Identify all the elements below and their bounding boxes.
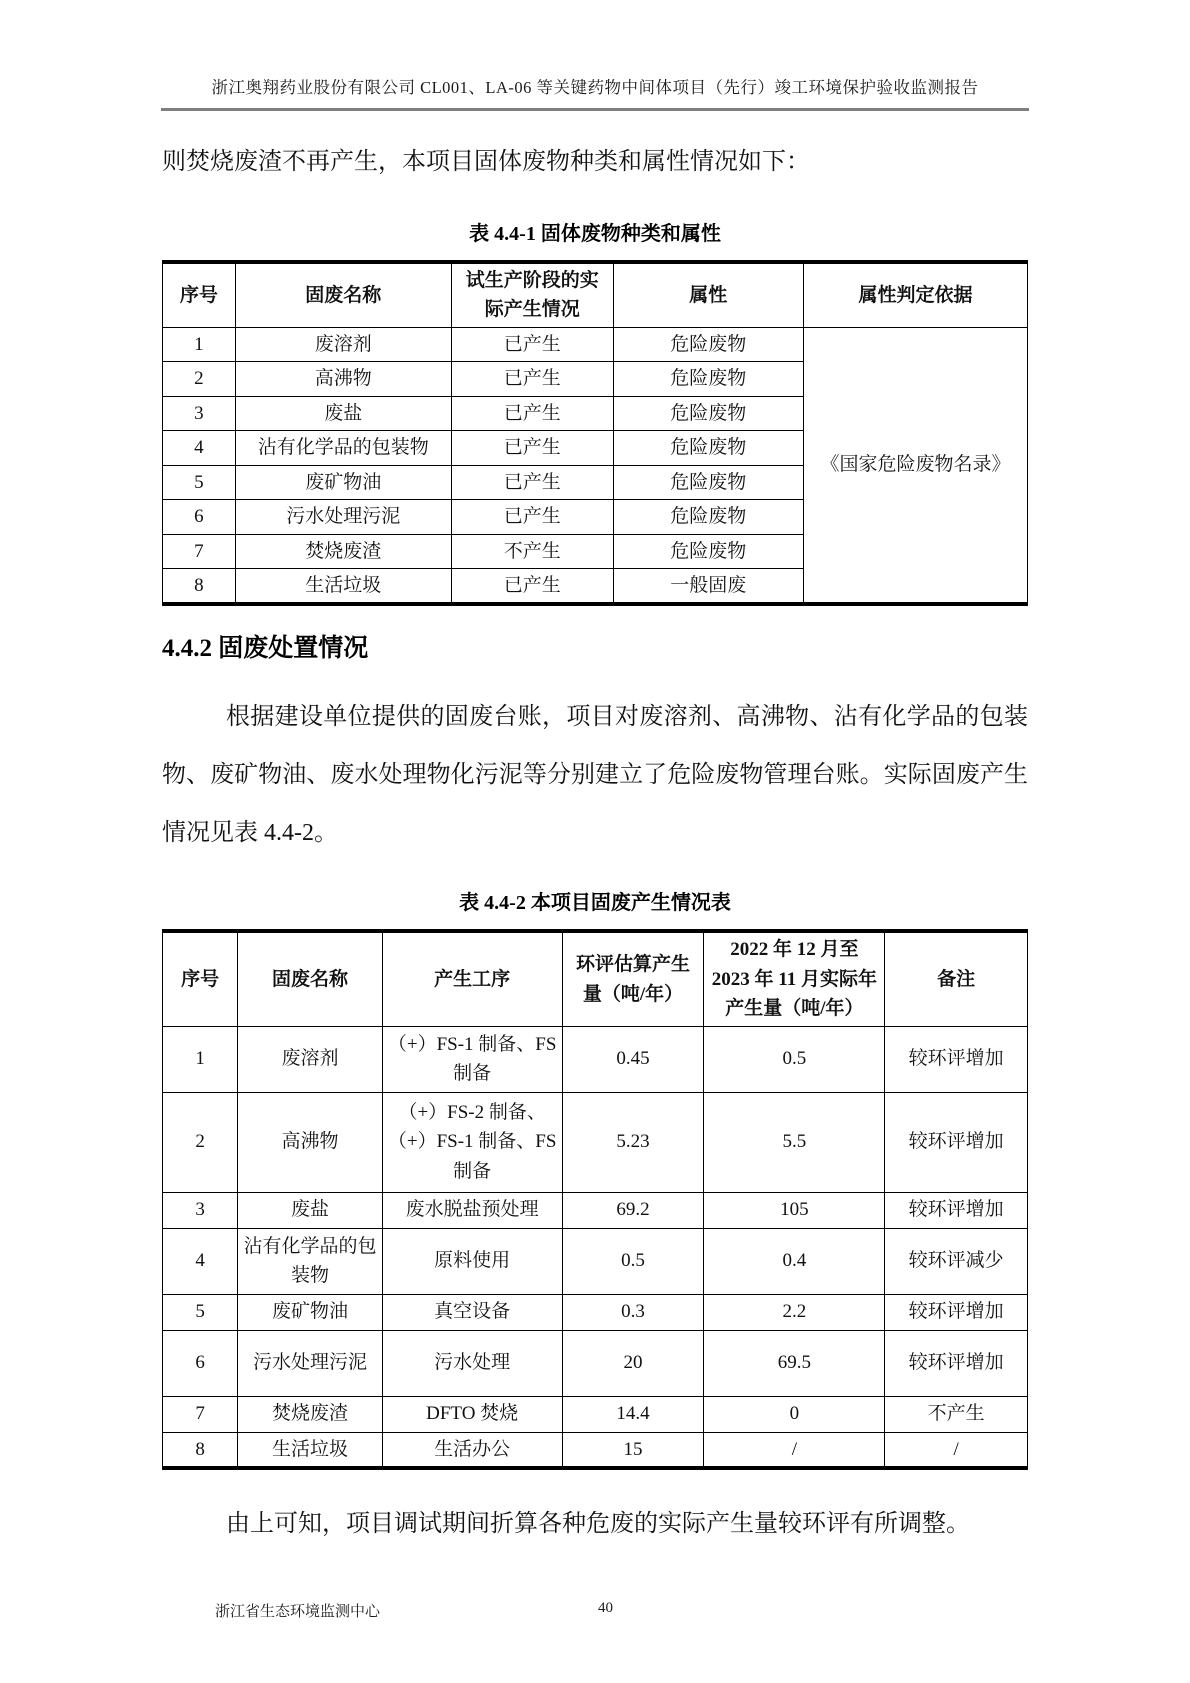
intro-paragraph: 则焚烧废渣不再产生，本项目固体废物种类和属性情况如下： xyxy=(162,145,1028,179)
table-cell: 废矿物油 xyxy=(235,465,451,499)
table-row: 2 高沸物 （+）FS-2 制备、（+）FS-1 制备、FS 制备 5.23 5… xyxy=(163,1092,1028,1192)
table-cell: 7 xyxy=(163,1396,238,1432)
table-cell: 废溶剂 xyxy=(235,327,451,361)
table-row: 4 沾有化学品的包装物 原料使用 0.5 0.4 较环评减少 xyxy=(163,1228,1028,1294)
table-cell: 0.4 xyxy=(704,1228,885,1294)
col-header: 产生工序 xyxy=(382,931,562,1026)
table-cell: 69.2 xyxy=(562,1192,704,1228)
table-cell: 已产生 xyxy=(451,465,613,499)
table-4-4-1: 序号 固废名称 试生产阶段的实际产生情况 属性 属性判定依据 1 废溶剂 已产生… xyxy=(162,260,1028,606)
table-cell: 真空设备 xyxy=(382,1294,562,1330)
table-row: 3 废盐 废水脱盐预处理 69.2 105 较环评增加 xyxy=(163,1192,1028,1228)
col-header: 序号 xyxy=(163,262,236,327)
table-cell: 20 xyxy=(562,1330,704,1396)
table-row: 6 污水处理污泥 污水处理 20 69.5 较环评增加 xyxy=(163,1330,1028,1396)
table-cell: 已产生 xyxy=(451,500,613,534)
table-cell: 已产生 xyxy=(451,568,613,604)
table-cell: / xyxy=(704,1432,885,1468)
table-cell: 废水脱盐预处理 xyxy=(382,1192,562,1228)
section-paragraph: 根据建设单位提供的固废台账，项目对废溶剂、高沸物、沾有化学品的包装物、废矿物油、… xyxy=(162,688,1028,862)
table-cell: 危险废物 xyxy=(613,534,803,568)
table-cell: 0.5 xyxy=(562,1228,704,1294)
table-cell: 较环评增加 xyxy=(885,1330,1028,1396)
table-cell: 69.5 xyxy=(704,1330,885,1396)
table-cell: 较环评增加 xyxy=(885,1192,1028,1228)
table-cell: 危险废物 xyxy=(613,431,803,465)
table-cell: 2.2 xyxy=(704,1294,885,1330)
col-header: 备注 xyxy=(885,931,1028,1026)
table-cell: 危险废物 xyxy=(613,500,803,534)
table-cell: 较环评减少 xyxy=(885,1228,1028,1294)
table-cell: 6 xyxy=(163,1330,238,1396)
col-header: 固废名称 xyxy=(235,262,451,327)
table-cell: 8 xyxy=(163,1432,238,1468)
table-cell: 4 xyxy=(163,1228,238,1294)
table-cell: 2 xyxy=(163,362,236,396)
table-4-4-2-title: 表 4.4-2 本项目固废产生情况表 xyxy=(162,886,1028,915)
table-4-4-1-title: 表 4.4-1 固体废物种类和属性 xyxy=(162,217,1028,246)
table-cell: 3 xyxy=(163,1192,238,1228)
col-header: 试生产阶段的实际产生情况 xyxy=(451,262,613,327)
table-cell: 焚烧废渣 xyxy=(235,534,451,568)
col-header: 序号 xyxy=(163,931,238,1026)
table-cell: 5 xyxy=(163,465,236,499)
table-cell: / xyxy=(885,1432,1028,1468)
table-header-row: 序号 固废名称 产生工序 环评估算产生量（吨/年） 2022 年 12 月至 2… xyxy=(163,931,1028,1026)
table-cell: 已产生 xyxy=(451,396,613,430)
table-cell: 污水处理污泥 xyxy=(238,1330,382,1396)
content-column: 则焚烧废渣不再产生，本项目固体废物种类和属性情况如下： 表 4.4-1 固体废物… xyxy=(162,145,1028,1552)
table-cell: 较环评增加 xyxy=(885,1026,1028,1092)
table-cell: DFTO 焚烧 xyxy=(382,1396,562,1432)
col-header: 属性判定依据 xyxy=(803,262,1027,327)
table-cell: 不产生 xyxy=(451,534,613,568)
table-cell: （+）FS-1 制备、FS 制备 xyxy=(382,1026,562,1092)
table-cell: 原料使用 xyxy=(382,1228,562,1294)
table-cell: 已产生 xyxy=(451,431,613,465)
table-cell: 14.4 xyxy=(562,1396,704,1432)
table-row: 1 废溶剂 已产生 危险废物 《国家危险废物名录》 xyxy=(163,327,1028,361)
table-cell: 15 xyxy=(562,1432,704,1468)
footer-organization: 浙江省生态环境监测中心 xyxy=(215,1600,380,1621)
table-cell: 0.45 xyxy=(562,1026,704,1092)
closing-paragraph: 由上可知，项目调试期间折算各种危废的实际产生量较环评有所调整。 xyxy=(162,1496,1028,1552)
table-cell: 废盐 xyxy=(238,1192,382,1228)
table-cell: 危险废物 xyxy=(613,465,803,499)
table-cell: 沾有化学品的包装物 xyxy=(235,431,451,465)
table-cell: 0.3 xyxy=(562,1294,704,1330)
table-cell: 危险废物 xyxy=(613,362,803,396)
table-cell: 2 xyxy=(163,1092,238,1192)
table-cell: （+）FS-2 制备、（+）FS-1 制备、FS 制备 xyxy=(382,1092,562,1192)
table-cell: 1 xyxy=(163,1026,238,1092)
col-header: 环评估算产生量（吨/年） xyxy=(562,931,704,1026)
table-cell: 5 xyxy=(163,1294,238,1330)
page-number: 40 xyxy=(598,1600,613,1617)
table-row: 1 废溶剂 （+）FS-1 制备、FS 制备 0.45 0.5 较环评增加 xyxy=(163,1026,1028,1092)
table-cell: 4 xyxy=(163,431,236,465)
table-cell: 沾有化学品的包装物 xyxy=(238,1228,382,1294)
section-heading-4-4-2: 4.4.2 固废处置情况 xyxy=(162,628,1028,664)
table-cell: 6 xyxy=(163,500,236,534)
col-header: 属性 xyxy=(613,262,803,327)
header-rule xyxy=(161,108,1029,111)
table-cell: 5.23 xyxy=(562,1092,704,1192)
table-cell: 0 xyxy=(704,1396,885,1432)
col-header: 固废名称 xyxy=(238,931,382,1026)
table-cell: 不产生 xyxy=(885,1396,1028,1432)
col-header: 2022 年 12 月至 2023 年 11 月实际年产生量（吨/年） xyxy=(704,931,885,1026)
table-row: 7 焚烧废渣 DFTO 焚烧 14.4 0 不产生 xyxy=(163,1396,1028,1432)
table-cell: 较环评增加 xyxy=(885,1092,1028,1192)
table-cell: 废盐 xyxy=(235,396,451,430)
table-cell: 7 xyxy=(163,534,236,568)
table-cell: 105 xyxy=(704,1192,885,1228)
merged-basis-cell: 《国家危险废物名录》 xyxy=(803,327,1027,604)
table-cell: 较环评增加 xyxy=(885,1294,1028,1330)
table-row: 8 生活垃圾 生活办公 15 / / xyxy=(163,1432,1028,1468)
table-cell: 3 xyxy=(163,396,236,430)
table-cell: 1 xyxy=(163,327,236,361)
table-cell: 高沸物 xyxy=(238,1092,382,1192)
table-cell: 生活垃圾 xyxy=(238,1432,382,1468)
table-cell: 0.5 xyxy=(704,1026,885,1092)
table-cell: 8 xyxy=(163,568,236,604)
table-cell: 废溶剂 xyxy=(238,1026,382,1092)
table-cell: 废矿物油 xyxy=(238,1294,382,1330)
table-4-4-2: 序号 固废名称 产生工序 环评估算产生量（吨/年） 2022 年 12 月至 2… xyxy=(162,929,1028,1470)
table-row: 5 废矿物油 真空设备 0.3 2.2 较环评增加 xyxy=(163,1294,1028,1330)
table-cell: 已产生 xyxy=(451,362,613,396)
document-page: 浙江奥翔药业股份有限公司 CL001、LA-06 等关键药物中间体项目（先行）竣… xyxy=(0,0,1190,1683)
table-cell: 污水处理污泥 xyxy=(235,500,451,534)
table-cell: 生活办公 xyxy=(382,1432,562,1468)
table-cell: 一般固废 xyxy=(613,568,803,604)
table-cell: 高沸物 xyxy=(235,362,451,396)
table-cell: 污水处理 xyxy=(382,1330,562,1396)
table-cell: 生活垃圾 xyxy=(235,568,451,604)
document-header: 浙江奥翔药业股份有限公司 CL001、LA-06 等关键药物中间体项目（先行）竣… xyxy=(0,74,1190,98)
table-cell: 5.5 xyxy=(704,1092,885,1192)
table-cell: 已产生 xyxy=(451,327,613,361)
table-cell: 危险废物 xyxy=(613,327,803,361)
table-header-row: 序号 固废名称 试生产阶段的实际产生情况 属性 属性判定依据 xyxy=(163,262,1028,327)
table-cell: 焚烧废渣 xyxy=(238,1396,382,1432)
table-cell: 危险废物 xyxy=(613,396,803,430)
